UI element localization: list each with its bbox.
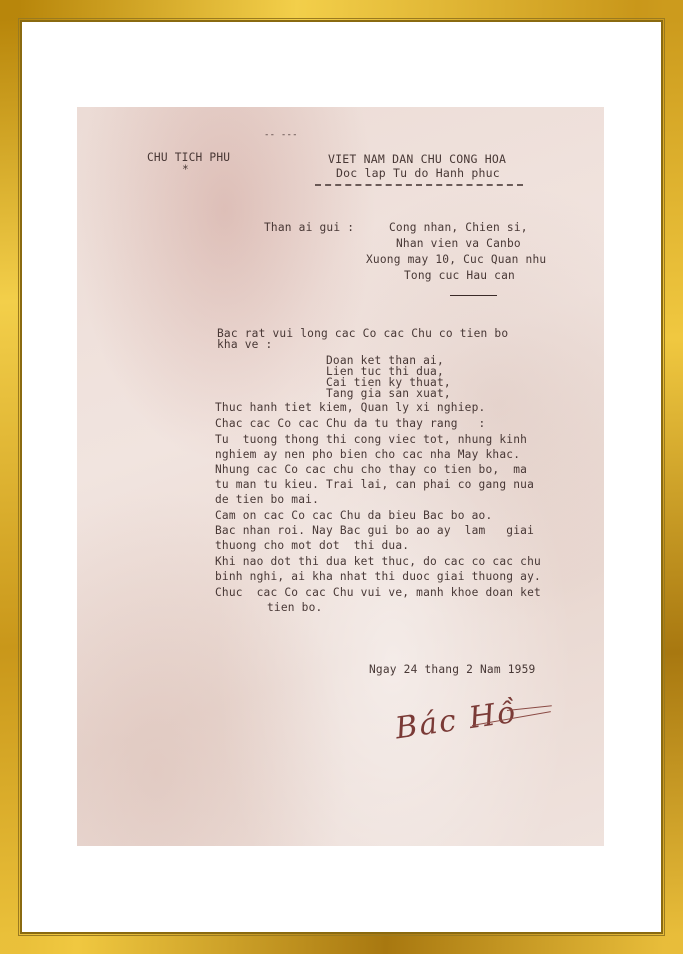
body-line: thuong cho mot dot thi dua.: [215, 540, 409, 552]
recipient-underline: [450, 295, 497, 296]
letter-paper: -- --- CHU TICH PHU * VIET NAM DAN CHU C…: [77, 107, 604, 846]
body-line: de tien bo mai.: [215, 494, 319, 506]
recipient-line: Cong nhan, Chien si,: [389, 222, 528, 234]
recipient-line: Nhan vien va Canbo: [396, 238, 521, 250]
body-line: Tang gia san xuat,: [326, 388, 451, 400]
body-line: Chuc cac Co cac Chu vui ve, manh khoe do…: [215, 587, 541, 599]
header-right-title: VIET NAM DAN CHU CONG HOA: [328, 153, 506, 165]
header-star-mark: *: [182, 164, 189, 176]
body-line: Tu tuong thong thi cong viec tot, nhung …: [215, 434, 527, 446]
top-dash-mark: -- ---: [264, 129, 298, 141]
body-line: Cam on cac Co cac Chu da bieu Bac bo ao.: [215, 510, 492, 522]
body-line: nghiem ay nen pho bien cho cac nha May k…: [215, 449, 520, 461]
recipient-label: Than ai gui :: [264, 222, 354, 234]
body-line: Thuc hanh tiet kiem, Quan ly xi nghiep.: [215, 402, 485, 414]
body-line: binh nghi, ai kha nhat thi duoc giai thu…: [215, 571, 541, 583]
header-separator: [315, 184, 523, 188]
body-line: tien bo.: [267, 602, 322, 614]
recipient-line: Xuong may 10, Cuc Quan nhu: [366, 254, 546, 266]
date-line: Ngay 24 thang 2 Nam 1959: [369, 664, 535, 676]
body-line: Chac cac Co cac Chu da tu thay rang :: [215, 418, 485, 430]
header-right-motto: Doc lap Tu do Hanh phuc: [336, 167, 500, 179]
body-line: Khi nao dot thi dua ket thuc, do cac co …: [215, 556, 541, 568]
recipient-line: Tong cuc Hau can: [404, 270, 515, 282]
body-line: Nhung cac Co cac chu cho thay co tien bo…: [215, 464, 527, 476]
body-line: tu man tu kieu. Trai lai, can phai co ga…: [215, 479, 534, 491]
body-line: kha ve :: [217, 339, 272, 351]
body-line: Bac nhan roi. Nay Bac gui bo ao ay lam g…: [215, 525, 534, 537]
